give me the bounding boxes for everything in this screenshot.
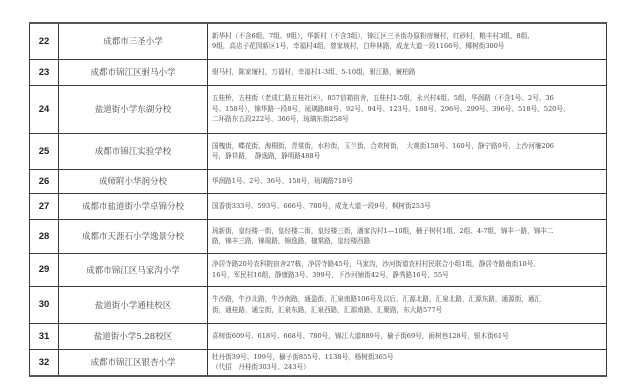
- row-number: 28: [30, 219, 59, 253]
- enrollment-area: 净居寺路20号农科院宿舍27栋，净居寺路45号，马家沟，沙河街道农村村民联合小组…: [208, 253, 607, 286]
- row-number: 24: [30, 85, 59, 133]
- table-row: 27 成都市盐道街小学卓锦分校 国香街333号、593号、666号、780号，成…: [30, 193, 607, 219]
- row-number: 32: [30, 349, 59, 376]
- row-number: 27: [30, 193, 59, 219]
- enrollment-area: 国槐街，蝶花街，海桐街，青棠街，水杉街，玉兰街，合欢树街， 大观街158号、16…: [208, 133, 607, 169]
- table-row: 26 成师附小华润分校 华润路1号、2号、36号、158号，琉璃路718号: [30, 169, 607, 193]
- school-name: 成都市三圣小学: [59, 23, 208, 59]
- enrollment-area: 五桂桥，五桂街（老成仁路五桂社区），857信箱宿舍，五桂村1-5组，永兴村4组、…: [208, 85, 607, 133]
- row-number: 26: [30, 169, 59, 193]
- enrollment-area: 新华村（不含6组、7组、9组），华新村（不含3组），锦江区三圣街办原粉房堰村，红…: [208, 23, 607, 59]
- table-row: 23 成都市锦江区驸马小学 驸马村，陈家堰村，万福村，幸福村1-3组、5-10组…: [30, 59, 607, 85]
- school-name: 成都市盐道街小学卓锦分校: [59, 193, 208, 219]
- table-row: 28 成都市天涯石小学逸景分校 琉新街，皇经楼一街，皇经楼二街，皇经楼三街，潘家…: [30, 219, 607, 253]
- table-row: 25 成都市锦江实验学校 国槐街，蝶花街，海桐街，青棠街，水杉街，玉兰街，合欢树…: [30, 133, 607, 169]
- table-row: 30 盐道街小学通桂校区 牛沙路，牛沙北路，牛沙南路，通盈街，汇泉南路106号及…: [30, 286, 607, 323]
- enrollment-area: 喜树街609号、618号、668号、780号，锦江大道889号，榆子街69号，雨…: [208, 323, 607, 349]
- enrollment-area: 牛沙路，牛沙北路，牛沙南路，通盈街，汇泉南路106号及以后，汇源北路，汇泉北路，…: [208, 286, 607, 323]
- row-number: 22: [30, 23, 59, 59]
- enrollment-area: 国香街333号、593号、666号、780号，成龙大道一段9号，枫树街253号: [208, 193, 607, 219]
- table-row: 31 盐道街小学5.28校区 喜树街609号、618号、668号、780号，锦江…: [30, 323, 607, 349]
- table-row: 24 盐道街小学东湖分校 五桂桥，五桂街（老成仁路五桂社区），857信箱宿舍，五…: [30, 85, 607, 133]
- school-name: 成都市锦江实验学校: [59, 133, 208, 169]
- table-row: 32 成都市锦江区银杏小学 牡丹街39号、199号，榆子街855号、1138号，…: [30, 349, 607, 376]
- row-number: 31: [30, 323, 59, 349]
- table-row: 29 成都市锦江区马家沟小学 净居寺路20号农科院宿舍27栋，净居寺路45号，马…: [30, 253, 607, 286]
- school-name: 成都市锦江区驸马小学: [59, 59, 208, 85]
- school-name: 成都市天涯石小学逸景分校: [59, 219, 208, 253]
- school-name: 盐道街小学5.28校区: [59, 323, 208, 349]
- table-row: 22 成都市三圣小学 新华村（不含6组、7组、9组），华新村（不含3组），锦江区…: [30, 23, 607, 59]
- row-number: 29: [30, 253, 59, 286]
- row-number: 30: [30, 286, 59, 323]
- table-body: 22 成都市三圣小学 新华村（不含6组、7组、9组），华新村（不含3组），锦江区…: [30, 23, 607, 376]
- school-name: 成都市锦江区银杏小学: [59, 349, 208, 376]
- school-name: 成师附小华润分校: [59, 169, 208, 193]
- school-name: 盐道街小学通桂校区: [59, 286, 208, 323]
- enrollment-area: 琉新街，皇经楼一街，皇经楼二街，皇经楼三街，潘家沟村1—10组，桶子树村1组、2…: [208, 219, 607, 253]
- row-number: 25: [30, 133, 59, 169]
- enrollment-area: 华润路1号、2号、36号、158号，琉璃路718号: [208, 169, 607, 193]
- school-district-table: 22 成都市三圣小学 新华村（不含6组、7组、9组），华新村（不含3组），锦江区…: [29, 22, 607, 377]
- enrollment-area: 牡丹街39号、199号，榆子街855号、1138号，杨树街365号 （代招 丹桂…: [208, 349, 607, 376]
- school-name: 成都市锦江区马家沟小学: [59, 253, 208, 286]
- school-name: 盐道街小学东湖分校: [59, 85, 208, 133]
- enrollment-area: 驸马村，陈家堰村，万福村，幸福村1-3组、5-10组，驸江路，黉柏路: [208, 59, 607, 85]
- row-number: 23: [30, 59, 59, 85]
